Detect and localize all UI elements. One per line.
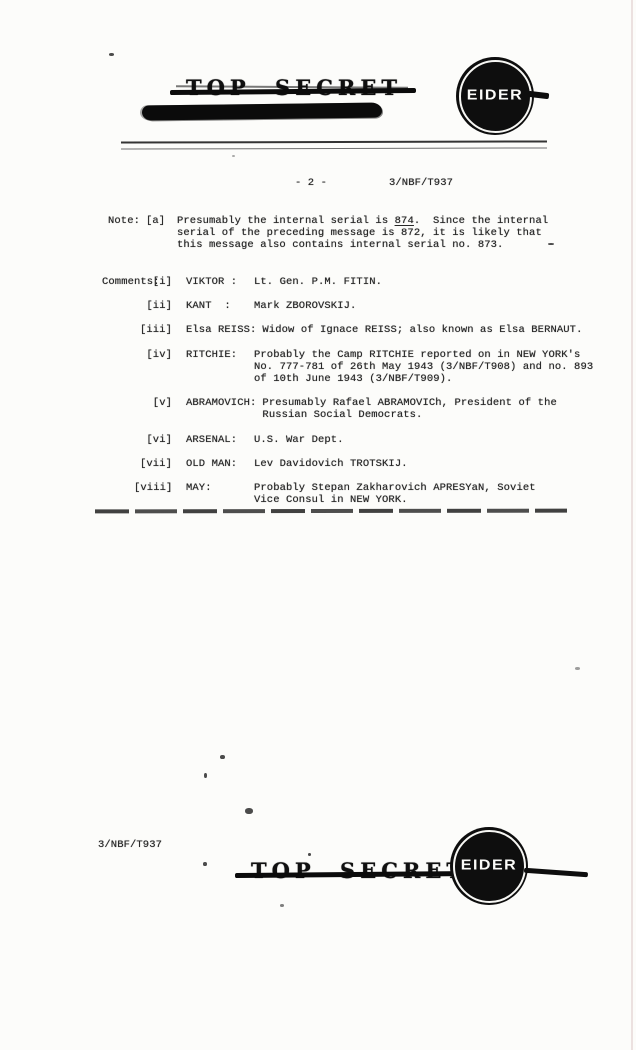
comment-row: [ii] KANT : Mark ZBOROVSKIJ.	[134, 300, 604, 312]
comment-description: Mark ZBOROVSKIJ.	[254, 300, 604, 312]
comment-description: Probably the Camp RITCHIE reported on in…	[254, 349, 604, 386]
comment-covername: VIKTOR :	[186, 276, 248, 288]
comment-index: [i]	[134, 276, 172, 288]
eider-stamp-top: EIDER	[456, 57, 534, 135]
comment-covername: Elsa REISS:	[186, 324, 256, 336]
comment-covername: OLD MAN:	[186, 458, 248, 470]
comment-index: [vi]	[134, 434, 172, 446]
stamp-ink-tail	[524, 868, 588, 877]
comment-covername: ARSENAL:	[186, 434, 248, 446]
ink-speck	[548, 243, 554, 245]
ink-speck	[245, 808, 253, 814]
note-serial-underlined: 874	[395, 215, 414, 227]
eider-stamp-bottom: EIDER	[450, 827, 528, 905]
comment-covername: RITCHIE:	[186, 349, 248, 361]
redaction-bar	[142, 103, 382, 121]
comment-description: Lev Davidovich TROTSKIJ.	[254, 458, 604, 470]
eider-stamp-label: EIDER	[461, 858, 517, 875]
top-secret-stamp-bottom: TOP SECRET	[251, 858, 467, 883]
comment-row: [iii] Elsa REISS: Widow of Ignace REISS;…	[134, 324, 604, 336]
comment-index: [ii]	[134, 300, 172, 312]
comment-index: [iv]	[134, 349, 172, 361]
comment-index: [v]	[134, 397, 172, 409]
document-page: TOP SECRET EIDER - 2 - 3/NBF/T937 Note: …	[0, 0, 636, 1050]
ink-speck	[232, 155, 235, 157]
comment-row: [i] VIKTOR : Lt. Gen. P.M. FITIN.	[134, 276, 604, 288]
comment-covername: KANT :	[186, 300, 248, 312]
note-text-before: Presumably the internal serial is	[177, 215, 395, 227]
ink-speck	[109, 53, 114, 56]
note-text: Presumably the internal serial is 874. S…	[177, 215, 557, 252]
header-divider-rule	[121, 140, 547, 149]
comment-row: [iv] RITCHIE: Probably the Camp RITCHIE …	[134, 349, 604, 386]
ink-speck	[203, 862, 207, 866]
comment-description: Probably Stepan Zakharovich APRESYaN, So…	[254, 482, 604, 506]
scan-edge-artifact	[631, 0, 633, 1050]
footer-reference-number: 3/NBF/T937	[98, 839, 162, 851]
ink-speck	[204, 773, 207, 778]
comment-row: [vi] ARSENAL: U.S. War Dept.	[134, 434, 604, 446]
reference-number: 3/NBF/T937	[389, 177, 453, 189]
comment-index: [iii]	[134, 324, 172, 336]
comment-row: [vii] OLD MAN: Lev Davidovich TROTSKIJ.	[134, 458, 604, 470]
note-index: [a]	[146, 215, 165, 227]
comment-covername: MAY:	[186, 482, 248, 494]
comment-covername: ABRAMOVICH:	[186, 397, 256, 409]
ink-speck	[575, 667, 580, 670]
comment-description: U.S. War Dept.	[254, 434, 604, 446]
ink-speck	[220, 755, 225, 759]
note-label: Note:	[108, 215, 140, 227]
page-number: - 2 -	[295, 177, 327, 189]
ink-speck	[308, 853, 311, 856]
comment-description: Presumably Rafael ABRAMOVICh, President …	[262, 397, 604, 421]
top-secret-stamp-top: TOP SECRET	[186, 75, 402, 100]
comment-index: [viii]	[134, 482, 172, 494]
comment-description: Widow of Ignace REISS; also known as Els…	[262, 324, 604, 336]
ink-speck	[280, 904, 284, 907]
comment-index: [vii]	[134, 458, 172, 470]
eider-stamp-label: EIDER	[467, 88, 523, 105]
comment-row: [v] ABRAMOVICH: Presumably Rafael ABRAMO…	[134, 397, 604, 421]
comment-description: Lt. Gen. P.M. FITIN.	[254, 276, 604, 288]
comments-list: [i] VIKTOR : Lt. Gen. P.M. FITIN. [ii] K…	[134, 276, 604, 518]
comment-row: [viii] MAY: Probably Stepan Zakharovich …	[134, 482, 604, 506]
